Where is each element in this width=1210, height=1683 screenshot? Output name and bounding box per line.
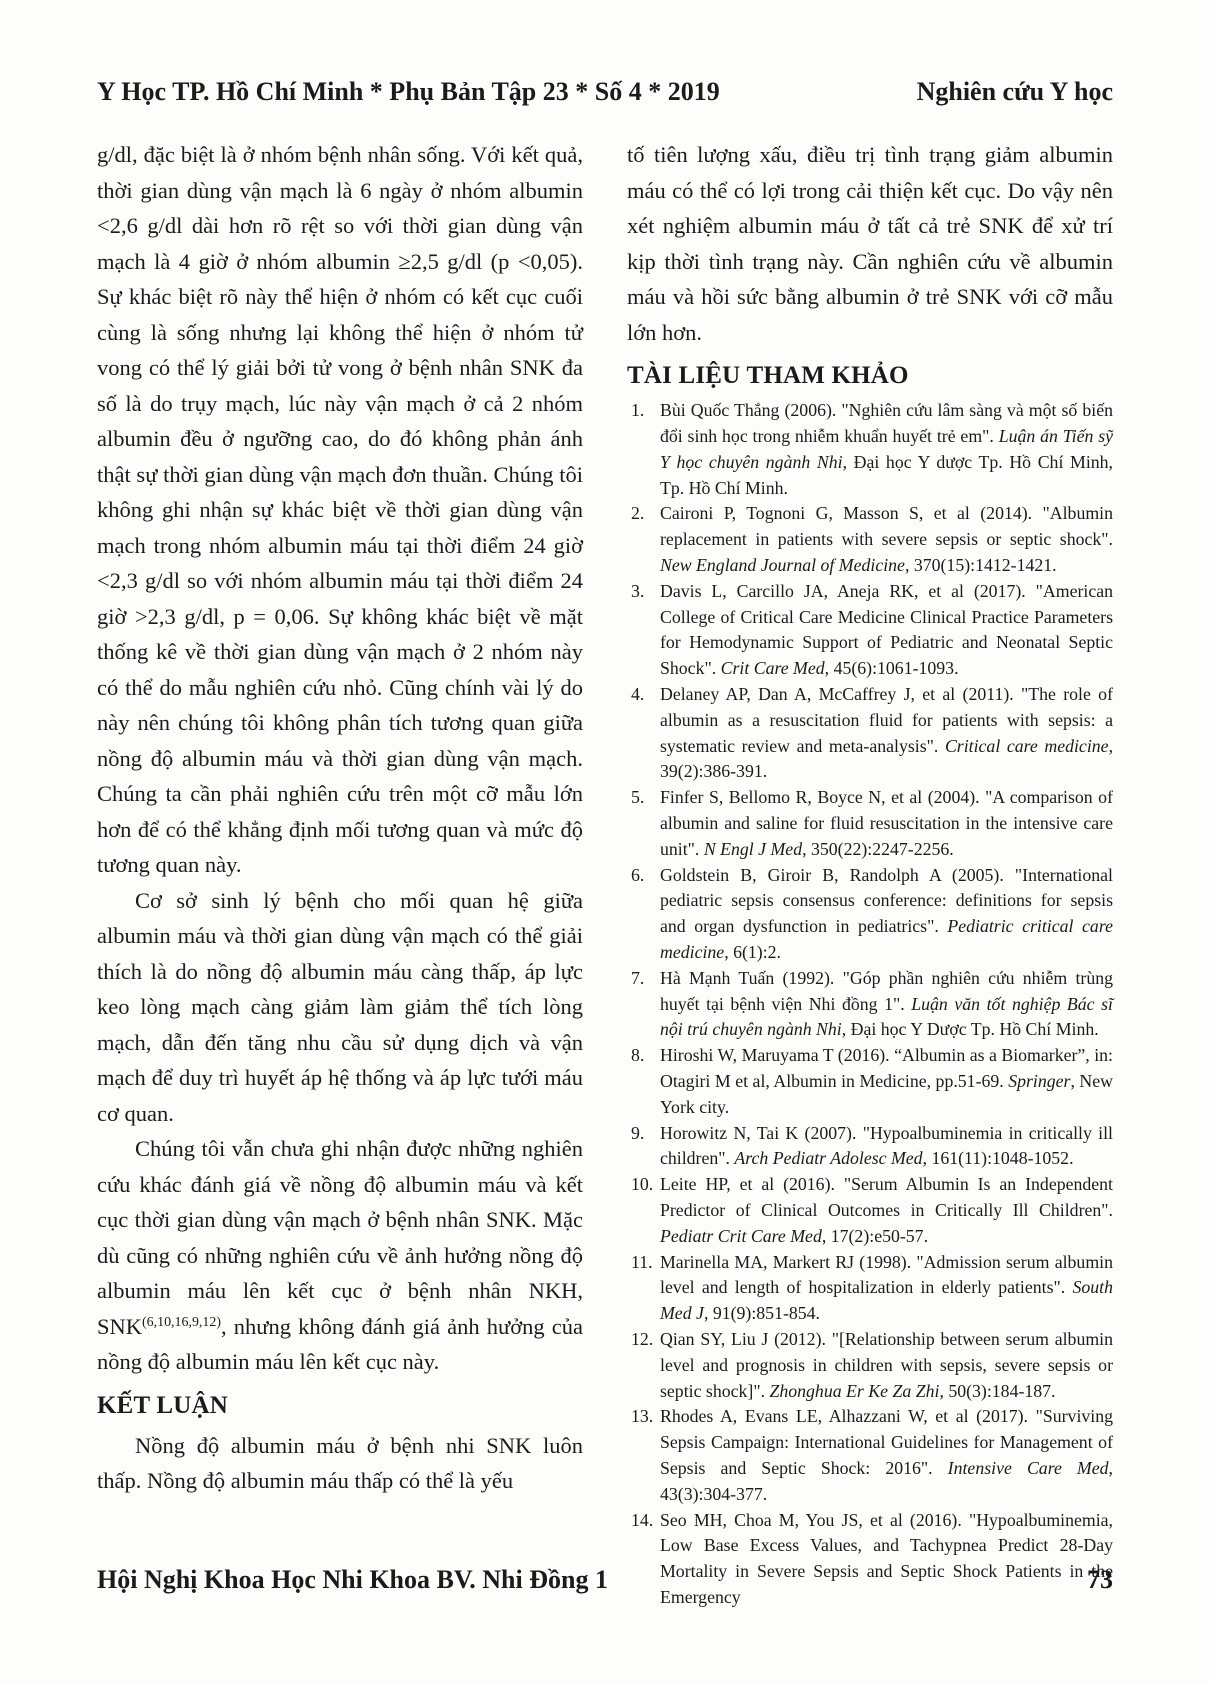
reference-number: 10.	[631, 1172, 653, 1198]
reference-number: 6.	[631, 863, 644, 889]
journal-page: Y Học TP. Hồ Chí Minh * Phụ Bản Tập 23 *…	[0, 0, 1210, 1683]
italic-source-text: Pediatr Crit Care Med	[660, 1226, 822, 1246]
page-header: Y Học TP. Hồ Chí Minh * Phụ Bản Tập 23 *…	[97, 76, 1113, 107]
italic-source-text: Zhonghua Er Ke Za Zhi	[769, 1381, 939, 1401]
text-run: Cơ sở sinh lý bệnh cho mối quan hệ giữa …	[97, 888, 583, 1126]
reference-item: 12.Qian SY, Liu J (2012). "[Relationship…	[627, 1327, 1113, 1404]
text-run: , 161(11):1048-1052.	[923, 1148, 1074, 1168]
reference-item: 3.Davis L, Carcillo JA, Aneja RK, et al …	[627, 579, 1113, 682]
italic-source-text: Crit Care Med	[721, 658, 825, 678]
reference-item: 11.Marinella MA, Markert RJ (1998). "Adm…	[627, 1250, 1113, 1327]
citation-superscript: (6,10,16,9,12)	[142, 1315, 221, 1330]
reference-number: 5.	[631, 785, 644, 811]
reference-number: 4.	[631, 682, 644, 708]
section-heading: KẾT LUẬN	[97, 1390, 583, 1421]
reference-item: 2.Caironi P, Tognoni G, Masson S, et al …	[627, 501, 1113, 578]
page-number: 73	[1087, 1565, 1113, 1595]
text-run: Caironi P, Tognoni G, Masson S, et al (2…	[660, 503, 1113, 549]
body-paragraph: Nồng độ albumin máu ở bệnh nhi SNK luôn …	[97, 1428, 583, 1499]
reference-number: 14.	[631, 1508, 653, 1534]
reference-item: 7.Hà Mạnh Tuấn (1992). "Góp phần nghiên …	[627, 966, 1113, 1043]
reference-number: 13.	[631, 1404, 653, 1430]
text-run: tố tiên lượng xấu, điều trị tình trạng g…	[627, 142, 1113, 345]
text-run: Chúng tôi vẫn chưa ghi nhận được những n…	[97, 1136, 583, 1339]
text-run: , 350(22):2247-2256.	[802, 839, 954, 859]
reference-number: 12.	[631, 1327, 653, 1353]
text-run: , 91(9):851-854.	[704, 1303, 820, 1323]
right-column: tố tiên lượng xấu, điều trị tình trạng g…	[627, 137, 1113, 1611]
reference-item: 6.Goldstein B, Giroir B, Randolph A (200…	[627, 863, 1113, 966]
text-run: , 50(3):184-187.	[939, 1381, 1055, 1401]
reference-item: 5.Finfer S, Bellomo R, Boyce N, et al (2…	[627, 785, 1113, 862]
italic-source-text: Arch Pediatr Adolesc Med	[734, 1148, 922, 1168]
text-run: , 17(2):e50-57.	[822, 1226, 928, 1246]
body-paragraph: Chúng tôi vẫn chưa ghi nhận được những n…	[97, 1131, 583, 1380]
text-run: Leite HP, et al (2016). "Serum Albumin I…	[660, 1174, 1113, 1220]
reference-item: 13.Rhodes A, Evans LE, Alhazzani W, et a…	[627, 1404, 1113, 1507]
page-footer: Hội Nghị Khoa Học Nhi Khoa BV. Nhi Đồng …	[97, 1565, 1113, 1595]
text-run: , Đại học Y Dược Tp. Hồ Chí Minh.	[842, 1019, 1099, 1039]
italic-source-text: Critical care medicine	[945, 736, 1109, 756]
body-paragraph: Cơ sở sinh lý bệnh cho mối quan hệ giữa …	[97, 883, 583, 1132]
conference-name: Hội Nghị Khoa Học Nhi Khoa BV. Nhi Đồng …	[97, 1565, 608, 1595]
italic-source-text: Intensive Care Med	[948, 1458, 1109, 1478]
reference-number: 8.	[631, 1043, 644, 1069]
reference-number: 2.	[631, 501, 644, 527]
italic-source-text: Springer	[1008, 1071, 1070, 1091]
text-run: , 6(1):2.	[724, 942, 781, 962]
reference-number: 11.	[631, 1250, 653, 1276]
reference-number: 1.	[631, 398, 644, 424]
body-paragraph: tố tiên lượng xấu, điều trị tình trạng g…	[627, 137, 1113, 350]
journal-section-label: Nghiên cứu Y học	[917, 76, 1113, 107]
left-column: g/dl, đặc biệt là ở nhóm bệnh nhân sống.…	[97, 137, 583, 1499]
reference-item: 10.Leite HP, et al (2016). "Serum Albumi…	[627, 1172, 1113, 1249]
body-paragraph: g/dl, đặc biệt là ở nhóm bệnh nhân sống.…	[97, 137, 583, 883]
text-run: , 370(15):1412-1421.	[905, 555, 1057, 575]
text-run: Nồng độ albumin máu ở bệnh nhi SNK luôn …	[97, 1433, 583, 1494]
section-heading: TÀI LIỆU THAM KHẢO	[627, 360, 1113, 391]
journal-title: Y Học TP. Hồ Chí Minh * Phụ Bản Tập 23 *…	[97, 76, 720, 107]
reference-number: 3.	[631, 579, 644, 605]
reference-item: 8.Hiroshi W, Maruyama T (2016). “Albumin…	[627, 1043, 1113, 1120]
reference-list: 1.Bùi Quốc Thắng (2006). "Nghiên cứu lâm…	[627, 398, 1113, 1610]
reference-number: 9.	[631, 1121, 644, 1147]
text-run: , 45(6):1061-1093.	[825, 658, 959, 678]
reference-item: 14.Seo MH, Choa M, You JS, et al (2016).…	[627, 1508, 1113, 1611]
reference-item: 9.Horowitz N, Tai K (2007). "Hypoalbumin…	[627, 1121, 1113, 1173]
reference-item: 1.Bùi Quốc Thắng (2006). "Nghiên cứu lâm…	[627, 398, 1113, 501]
reference-item: 4.Delaney AP, Dan A, McCaffrey J, et al …	[627, 682, 1113, 785]
text-run: Marinella MA, Markert RJ (1998). "Admiss…	[660, 1252, 1113, 1298]
italic-source-text: N Engl J Med	[704, 839, 802, 859]
text-run: g/dl, đặc biệt là ở nhóm bệnh nhân sống.…	[97, 142, 583, 877]
italic-source-text: New England Journal of Medicine	[660, 555, 905, 575]
reference-number: 7.	[631, 966, 644, 992]
